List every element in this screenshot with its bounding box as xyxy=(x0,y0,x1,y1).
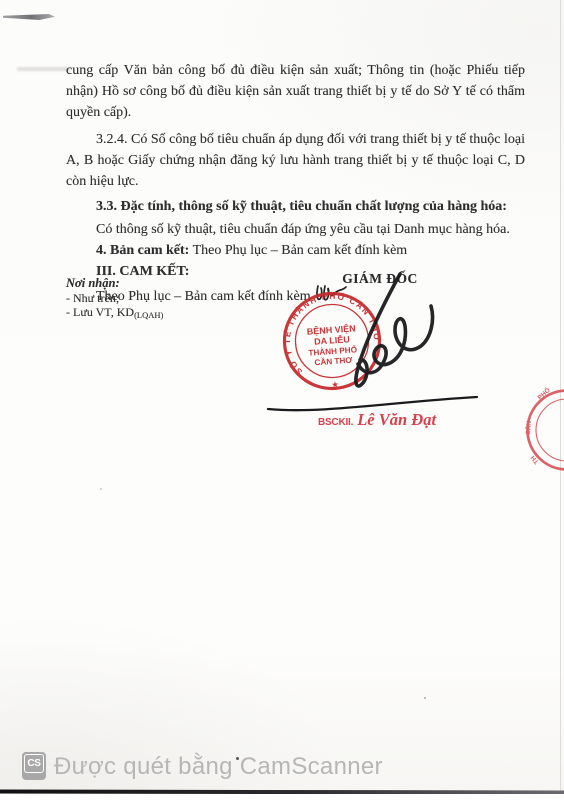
scan-below-edge xyxy=(0,794,564,800)
scan-artifact-smudge xyxy=(17,67,71,71)
recipient-item: - Như trên; xyxy=(66,292,163,306)
signer-name: Lê Văn Đạt xyxy=(357,410,436,429)
clause-4: 4. Bản cam kết: Theo Phụ lục – Bản cam k… xyxy=(66,240,525,261)
recipients-block: Nơi nhận: - Như trên; - Lưu VT, KD(LQAH) xyxy=(66,276,163,322)
clause-4-text: Theo Phụ lục – Bản cam kết đính kèm xyxy=(189,243,407,258)
scan-speck xyxy=(100,488,102,490)
paragraph-specs: Có thông số kỹ thuật, tiêu chuẩn đáp ứng… xyxy=(66,219,525,240)
camscanner-logo-icon: CS xyxy=(22,752,46,780)
recipient-item: - Lưu VT, KD(LQAH) xyxy=(66,306,163,323)
clause-4-label: 4. Bản cam kết: xyxy=(96,243,189,258)
signature-ink xyxy=(318,262,443,402)
heading-3-3: 3.3. Đặc tính, thông số kỹ thuật, tiêu c… xyxy=(66,196,525,217)
scanned-document-page: cung cấp Văn bản công bố đủ điều kiện sả… xyxy=(0,0,564,800)
scan-speck xyxy=(424,697,426,699)
recipient-subscript: (LQAH) xyxy=(134,310,163,320)
clause-3-2-4: 3.2.4. Có Số công bố tiêu chuẩn áp dụng … xyxy=(66,129,525,192)
scan-artifact-streak xyxy=(3,14,55,20)
signer-prefix: BSCKII. xyxy=(318,417,353,428)
camscanner-watermark-text: Được quét bằng CamScanner xyxy=(54,753,383,781)
camscanner-logo-text: CS xyxy=(24,754,44,773)
partial-stamp-text: TH xyxy=(530,454,541,465)
partial-stamp-bleed: PHỐ CẦN TH xyxy=(503,386,564,486)
recipient-item-text: - Lưu VT, KD xyxy=(66,305,134,319)
document-body: cung cấp Văn bản công bố đủ điều kiện sả… xyxy=(66,60,525,307)
signer-name-line: BSCKII. Lê Văn Đạt xyxy=(298,410,456,430)
recipients-label: Nơi nhận: xyxy=(66,276,163,291)
partial-stamp-text: CẦN xyxy=(522,420,533,435)
paragraph-continued: cung cấp Văn bản công bố đủ điều kiện sả… xyxy=(66,60,525,123)
partial-stamp-text: PHỐ xyxy=(535,386,552,401)
